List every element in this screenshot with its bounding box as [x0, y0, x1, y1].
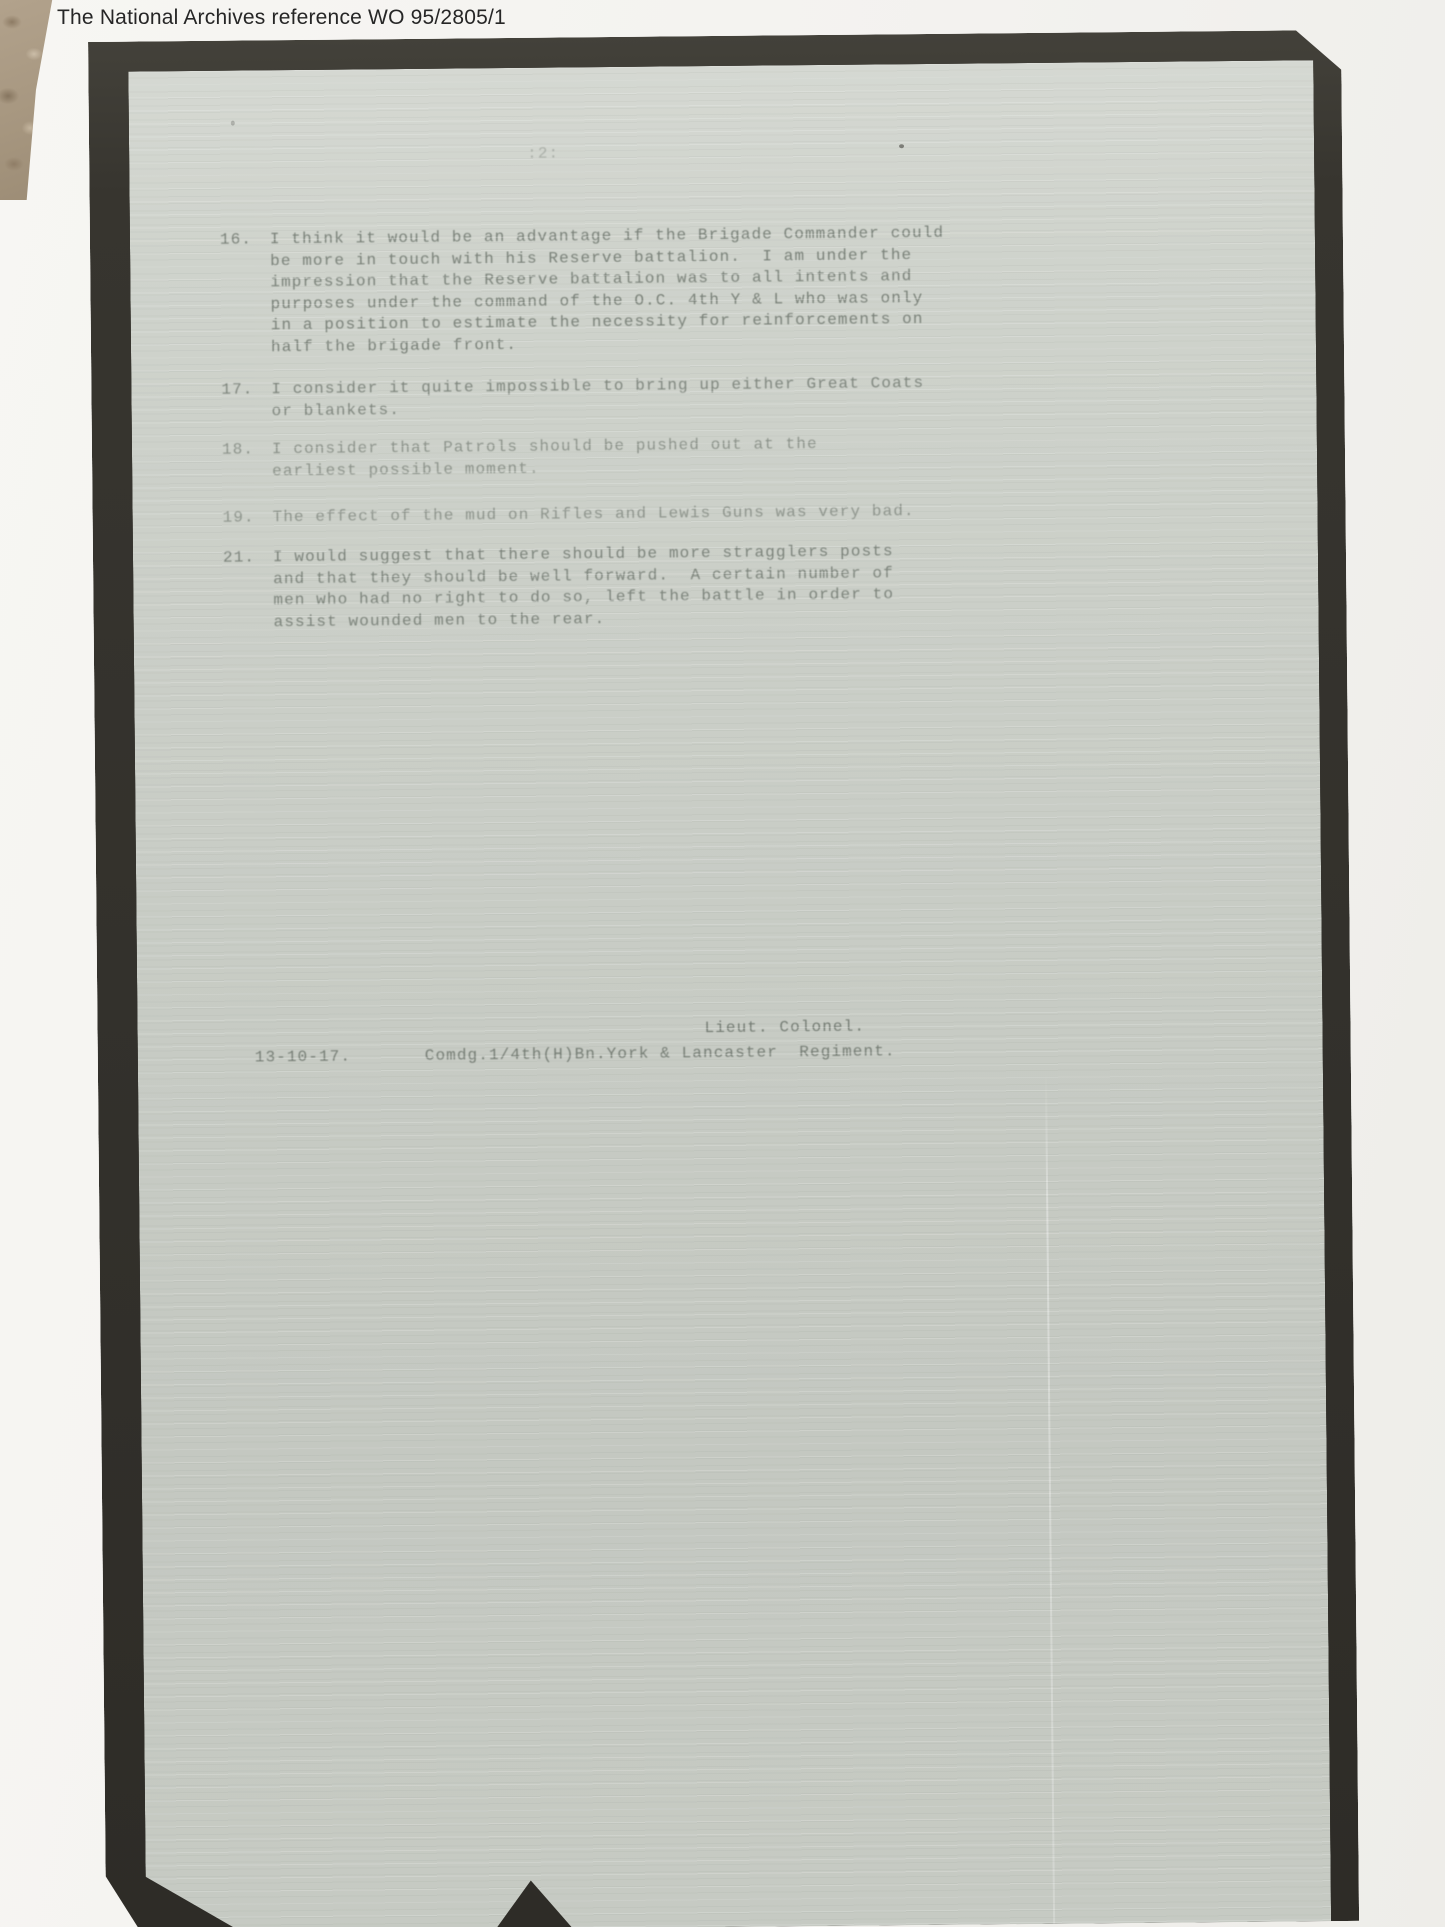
paper-speck: [231, 121, 235, 126]
paper-speck: [899, 144, 904, 148]
paragraph-16: 16. I think it would be an advantage if …: [220, 223, 945, 360]
diary-page: :2: 16. I think it would be an advantage…: [128, 60, 1331, 1927]
paragraph-number: 17.: [221, 379, 271, 401]
signature-date: 13-10-17.: [255, 1047, 352, 1070]
paragraph-number: 21.: [223, 547, 273, 569]
paragraph-number: 19.: [223, 507, 273, 529]
paragraph-text: I would suggest that there should be mor…: [273, 541, 895, 633]
paragraph-19: 19. The effect of the mud on Rifles and …: [223, 501, 915, 529]
paragraph-text: I think it would be an advantage if the …: [270, 223, 945, 359]
carpet-background: [0, 0, 58, 200]
paper-crease: [1045, 1073, 1055, 1924]
paragraph-text: I consider that Patrols should be pushed…: [272, 434, 818, 482]
archive-reference-header: The National Archives reference WO 95/28…: [57, 6, 506, 30]
page-number: :2:: [527, 143, 559, 165]
scanned-page: The National Archives reference WO 95/28…: [0, 0, 1445, 1927]
paragraph-18: 18. I consider that Patrols should be pu…: [222, 434, 818, 483]
paragraph-number: 18.: [222, 439, 272, 461]
paragraph-number: 16.: [220, 229, 270, 251]
paragraph-text: I consider it quite impossible to bring …: [271, 373, 924, 422]
diary-photo: :2: 16. I think it would be an advantage…: [88, 30, 1359, 1927]
signature-rank: Lieut. Colonel.: [704, 1017, 865, 1040]
signature-unit: Comdg.1/4th(H)Bn.York & Lancaster Regime…: [425, 1041, 896, 1067]
paragraph-17: 17. I consider it quite impossible to br…: [221, 373, 924, 423]
paragraph-text: The effect of the mud on Rifles and Lewi…: [273, 501, 915, 529]
paragraph-21: 21. I would suggest that there should be…: [223, 541, 895, 634]
